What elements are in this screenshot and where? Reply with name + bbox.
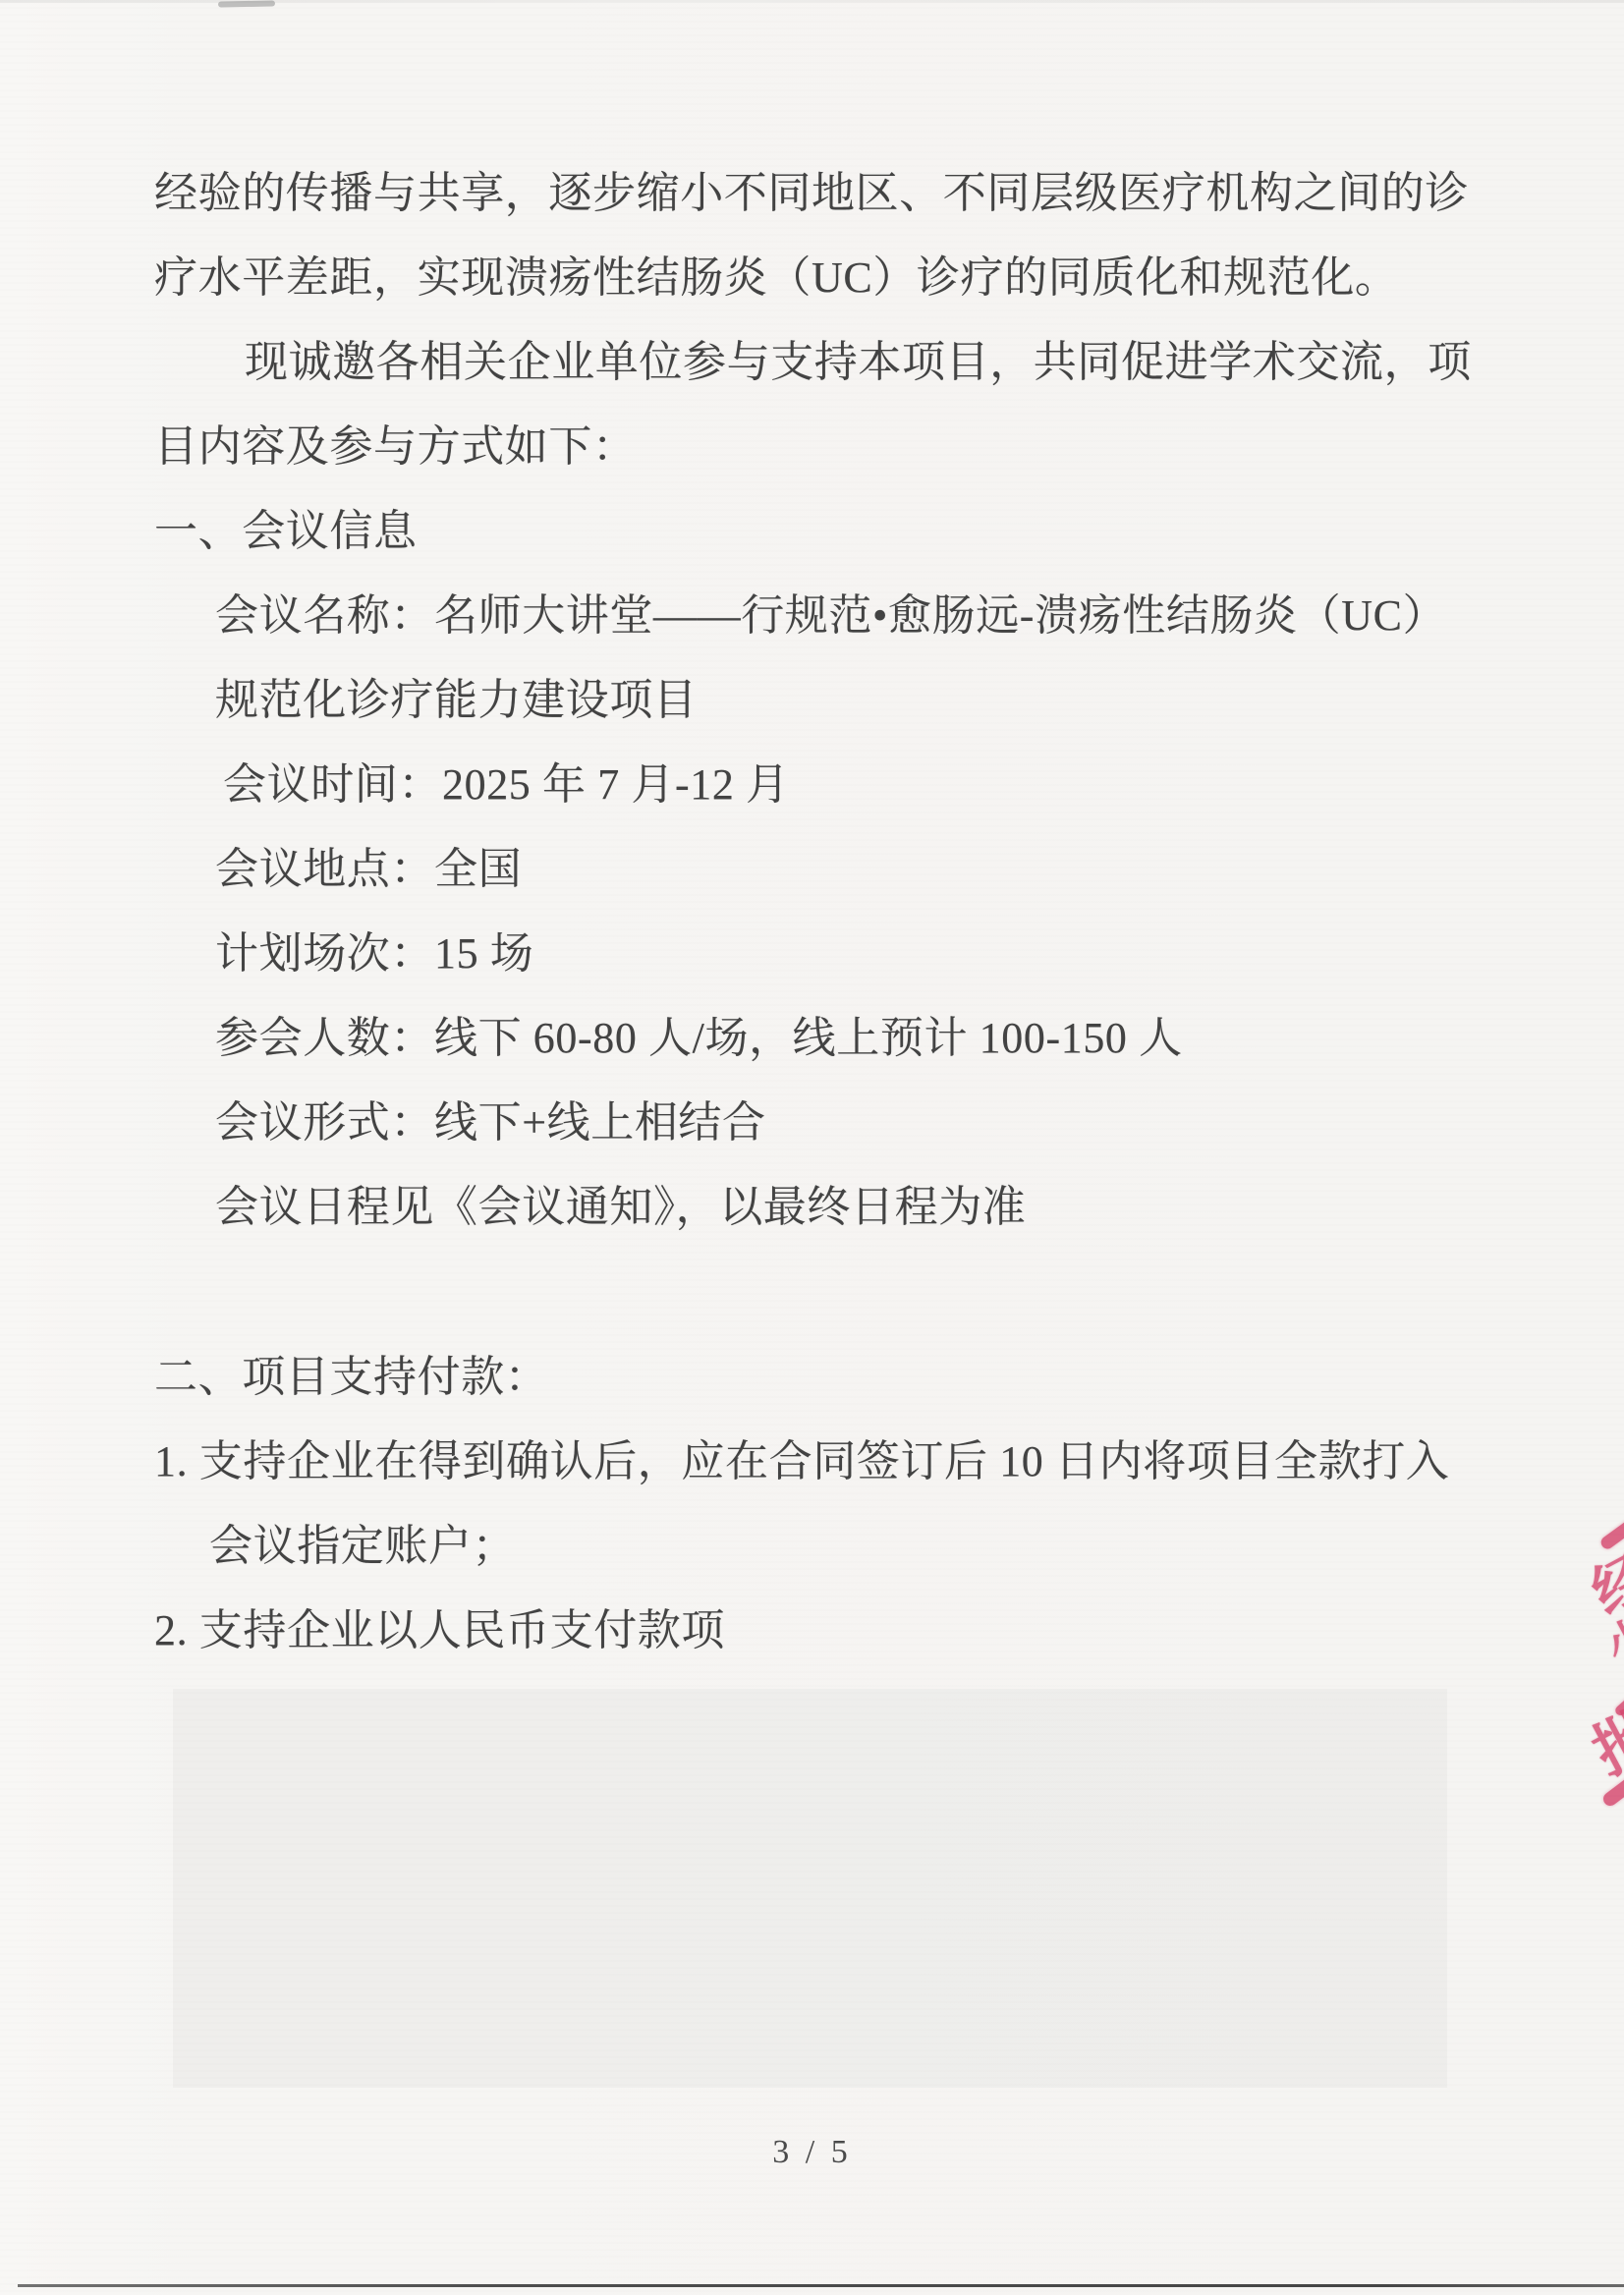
document-text-block: 经验的传播与共享，逐步缩小不同地区、不同层级医疗机构之间的诊 疗水平差距，实现溃… [154, 151, 1490, 1673]
meeting-name-line-2: 规范化诊疗能力建设项目 [215, 658, 1490, 743]
stamp-character: 经 [1584, 1546, 1624, 1623]
top-scan-smudge [218, 0, 275, 7]
meeting-name-line-1: 会议名称：名师大讲堂——行规范•愈肠远-溃疡性结肠炎（UC） [215, 574, 1490, 658]
payment-item-2: 2. 支持企业以人民币支付款项 [154, 1589, 1490, 1673]
meeting-location: 会议地点：全国 [215, 827, 1490, 912]
intro-line-1: 经验的传播与共享，逐步缩小不同地区、不同层级医疗机构之间的诊 [154, 151, 1490, 236]
red-stamp-fragment: 经 小 批 [1552, 1513, 1624, 1847]
document-page: 经验的传播与共享，逐步缩小不同地区、不同层级医疗机构之间的诊 疗水平差距，实现溃… [0, 0, 1624, 2295]
payment-item-1-line-2: 会议指定账户； [209, 1504, 1490, 1589]
meeting-agenda-note: 会议日程见《会议通知》，以最终日程为准 [215, 1165, 1490, 1250]
page-number: 3 / 5 [0, 2134, 1624, 2171]
intro-line-2: 疗水平差距，实现溃疡性结肠炎（UC）诊疗的同质化和规范化。 [154, 236, 1490, 320]
section1-heading: 一、会议信息 [154, 489, 1490, 574]
stamp-character: 批 [1585, 1703, 1624, 1785]
stamp-stroke-icon [1598, 1511, 1624, 1551]
meeting-time: 会议时间：2025 年 7 月-12 月 [223, 743, 1490, 827]
meeting-format: 会议形式：线下+线上相结合 [215, 1081, 1490, 1165]
payment-item-1-line-1: 1. 支持企业在得到确认后，应在合同签订后 10 日内将项目全款打入 [154, 1420, 1490, 1504]
planned-sessions: 计划场次：15 场 [215, 912, 1490, 996]
bottom-scan-edge [18, 2284, 1624, 2287]
section2-heading: 二、项目支持付款： [154, 1335, 1490, 1420]
attendee-count: 参会人数：线下 60-80 人/场，线上预计 100-150 人 [215, 996, 1490, 1081]
intro-line-3: 现诚邀各相关企业单位参与支持本项目，共同促进学术交流，项 [245, 320, 1490, 405]
intro-line-4: 目内容及参与方式如下： [154, 405, 1490, 489]
scanner-shade-region [173, 1689, 1447, 2088]
